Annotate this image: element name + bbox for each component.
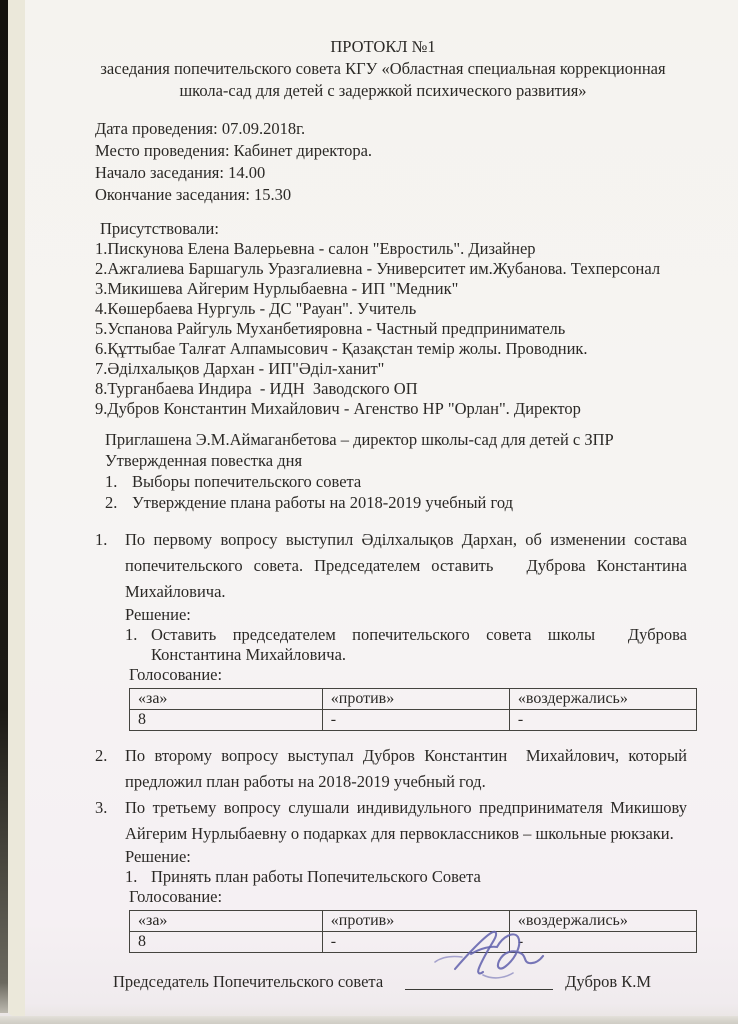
scan-edge-dark-strip	[0, 0, 8, 1013]
signature-name: Дубров К.М	[565, 971, 651, 993]
question-2-number: 2.	[95, 743, 125, 795]
agenda-item-text: Утверждение плана работы на 2018-2019 уч…	[132, 492, 513, 513]
question-2-text: По второму вопросу выступал Дубров Конст…	[125, 743, 687, 795]
voting-1-value-za: 8	[130, 710, 323, 731]
agenda-item-number: 2.	[105, 492, 132, 513]
agenda-heading: Утвержденная повестка дня	[105, 451, 701, 472]
voting-2-value-za: 8	[130, 932, 323, 953]
decision-1-heading: Решение:	[125, 605, 701, 625]
agenda-item-text: Выборы попечительского совета	[132, 471, 361, 492]
question-3-number: 3.	[95, 795, 125, 847]
attendee-item: 1.Пискунова Елена Валерьевна - салон "Ев…	[95, 239, 701, 259]
question-1-number: 1.	[95, 527, 125, 605]
voting-2-value-protiv: -	[322, 932, 509, 953]
attendee-item: 4.Көшербаева Нургуль - ДС "Рауан". Учите…	[95, 299, 701, 319]
voting-1-value-protiv: -	[322, 710, 509, 731]
question-3-paragraph: 3. По третьему вопросу слушали индивидул…	[95, 795, 687, 847]
meeting-place-line: Место проведения: Кабинет директора.	[95, 140, 701, 162]
document-header: ПРОТОКЛ №1 заседания попечительского сов…	[95, 30, 671, 102]
agenda-item-number: 1.	[105, 471, 132, 492]
voting-2-header-za: «за»	[130, 911, 323, 932]
decision-2-item: 1. Принять план работы Попечительского С…	[125, 867, 687, 887]
voting-1-value-vozderzhalis: -	[509, 710, 696, 731]
attendee-item: 8.Турганбаева Индира - ИДН Заводского ОП	[95, 379, 701, 399]
attendee-item: 5.Успанова Райгуль Муханбетияровна - Час…	[95, 319, 701, 339]
attendee-item: 7.Әділхалықов Дархан - ИП"Әділ-ханит"	[95, 359, 701, 379]
decision-2-heading: Решение:	[125, 847, 701, 867]
document-subtitle-line1: заседания попечительского совета КГУ «Об…	[95, 58, 671, 80]
question-1-paragraph: 1. По первому вопросу выступил Әділхалық…	[95, 527, 687, 605]
attendees-heading: Присутствовали:	[95, 219, 701, 239]
voting-1-values-row: 8 - -	[130, 710, 697, 731]
decision-2-number: 1.	[125, 867, 151, 887]
voting-table-2: «за» «против» «воздержались» 8 - -	[129, 910, 697, 953]
voting-1-header-protiv: «против»	[322, 689, 509, 710]
voting-2-label: Голосование:	[129, 887, 701, 907]
decision-1-text: Оставить председателем попечительского с…	[151, 625, 687, 665]
voting-1-header-vozderzhalis: «воздержались»	[509, 689, 696, 710]
meeting-meta: Дата проведения: 07.09.2018г. Место пров…	[95, 118, 701, 206]
question-2-paragraph: 2. По второму вопросу выступал Дубров Ко…	[95, 743, 687, 795]
decision-1-item: 1. Оставить председателем попечительског…	[125, 625, 687, 665]
voting-1-header-za: «за»	[130, 689, 323, 710]
meeting-end-line: Окончание заседания: 15.30	[95, 184, 701, 206]
agenda-list: 1. Выборы попечительского совета 2. Утве…	[95, 471, 701, 513]
protocol-document: ПРОТОКЛ №1 заседания попечительского сов…	[95, 30, 701, 993]
meeting-start-line: Начало заседания: 14.00	[95, 162, 701, 184]
question-3-text: По третьему вопросу слушали индивидульно…	[125, 795, 687, 847]
agenda-item: 1. Выборы попечительского совета	[105, 471, 701, 492]
document-title: ПРОТОКЛ №1	[95, 36, 671, 58]
decision-1-number: 1.	[125, 625, 151, 665]
document-subtitle-line2: школа-сад для детей с задержкой психичес…	[95, 80, 671, 102]
voting-2-header-protiv: «против»	[322, 911, 509, 932]
scan-edge-bottom-band	[0, 1016, 738, 1024]
signature-label: Председатель Попечительского совета	[113, 971, 383, 993]
attendee-item: 3.Микишева Айгерим Нурлыбаевна - ИП "Мед…	[95, 279, 701, 299]
attendee-item: 2.Ажгалиева Баршагуль Уразгалиевна - Уни…	[95, 259, 701, 279]
attendee-item: 9.Дубров Константин Михайлович - Агенств…	[95, 399, 701, 419]
voting-2-header-vozderzhalis: «воздержались»	[509, 911, 696, 932]
voting-table-1: «за» «против» «воздержались» 8 - -	[129, 688, 697, 731]
attendee-item: 6.Құттыбае Талғат Алпамысович - Қазақста…	[95, 339, 701, 359]
voting-1-header-row: «за» «против» «воздержались»	[130, 689, 697, 710]
agenda-item: 2. Утверждение плана работы на 2018-2019…	[105, 492, 701, 513]
scan-edge-cream-strip	[8, 0, 25, 1016]
question-1-text: По первому вопросу выступил Әділхалықов …	[125, 527, 687, 605]
signature-line	[405, 975, 553, 990]
decision-2-text: Принять план работы Попечительского Сове…	[151, 867, 687, 887]
signature-row: Председатель Попечительского совета Дубр…	[113, 971, 701, 993]
voting-2-header-row: «за» «против» «воздержались»	[130, 911, 697, 932]
meeting-date-line: Дата проведения: 07.09.2018г.	[95, 118, 701, 140]
voting-2-value-vozderzhalis: -	[509, 932, 696, 953]
voting-2-values-row: 8 - -	[130, 932, 697, 953]
invited-block: Приглашена Э.М.Аймаганбетова – директор …	[95, 430, 701, 471]
attendees-list: 1.Пискунова Елена Валерьевна - салон "Ев…	[95, 239, 701, 419]
invited-line: Приглашена Э.М.Аймаганбетова – директор …	[105, 430, 701, 451]
voting-1-label: Голосование:	[129, 665, 701, 685]
